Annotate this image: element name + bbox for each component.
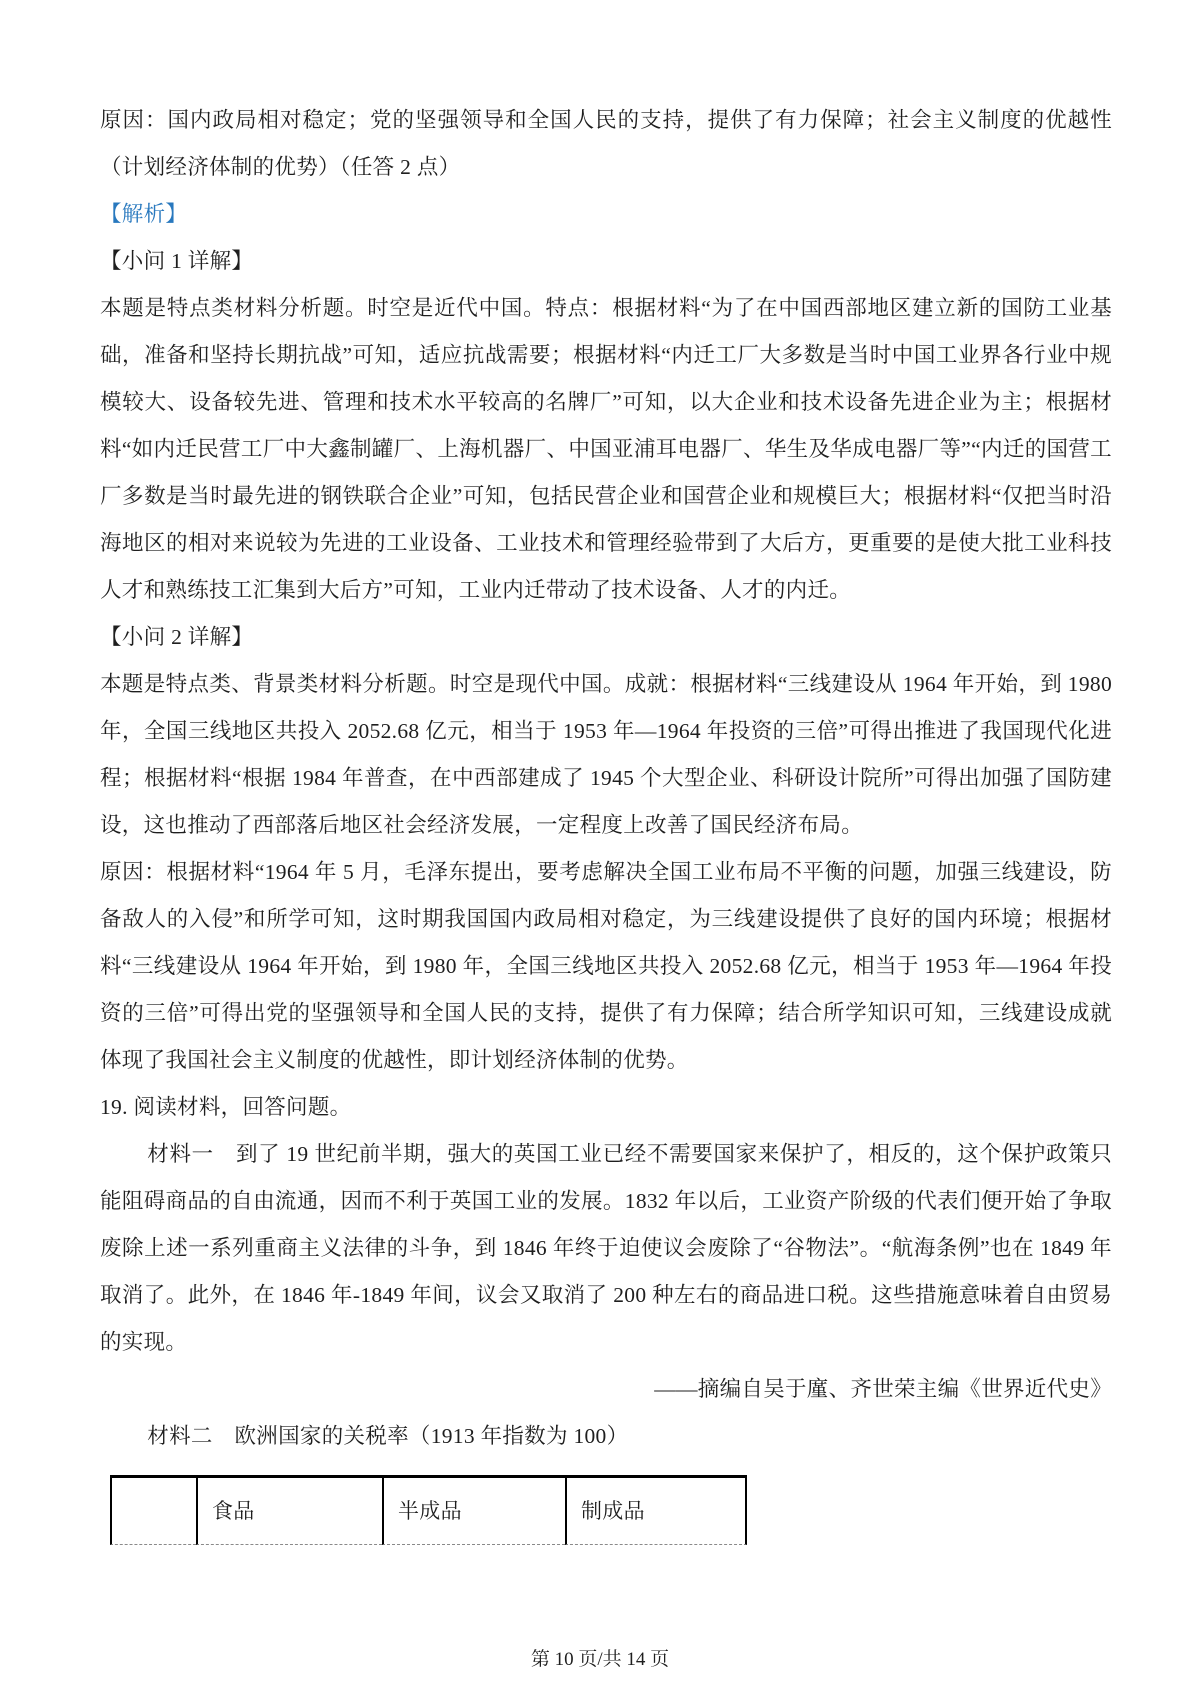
page-number: 第 10 页/共 14 页	[0, 1644, 1200, 1671]
table-cell-finished-header: 制成品	[565, 1475, 747, 1545]
table-cell-semifinished-header: 半成品	[382, 1475, 565, 1545]
question19-intro: 19. 阅读材料，回答问题。	[100, 1084, 1112, 1131]
content-area: 原因：国内政局相对稳定；党的坚强领导和全国人民的支持，提供了有力保障；社会主义制…	[100, 97, 1112, 1545]
table-cell-row-label-empty	[110, 1475, 196, 1545]
analysis-heading: 【解析】	[100, 191, 1112, 238]
subquestion1-heading: 【小问 1 详解】	[100, 238, 1112, 285]
material1-paragraph: 材料一 到了 19 世纪前半期，强大的英国工业已经不需要国家来保护了，相反的，这…	[100, 1131, 1112, 1366]
subquestion1-body: 本题是特点类材料分析题。时空是近代中国。特点：根据材料“为了在中国西部地区建立新…	[100, 285, 1112, 614]
table-cell-food-header: 食品	[196, 1475, 382, 1545]
tariff-rate-table: 食品 半成品 制成品	[110, 1475, 747, 1545]
subquestion2-achievement-body: 本题是特点类、背景类材料分析题。时空是现代中国。成就：根据材料“三线建设从 19…	[100, 661, 1112, 849]
material1-source-attribution: ——摘编自吴于廑、齐世荣主编《世界近代史》	[100, 1366, 1112, 1413]
subquestion2-heading: 【小问 2 详解】	[100, 614, 1112, 661]
document-page: 原因：国内政局相对稳定；党的坚强领导和全国人民的支持，提供了有力保障；社会主义制…	[0, 0, 1200, 1698]
table-header-row: 食品 半成品 制成品	[110, 1475, 747, 1545]
subquestion2-reason-body: 原因：根据材料“1964 年 5 月，毛泽东提出，要考虑解决全国工业布局不平衡的…	[100, 849, 1112, 1084]
answer-reason-paragraph: 原因：国内政局相对稳定；党的坚强领导和全国人民的支持，提供了有力保障；社会主义制…	[100, 97, 1112, 191]
material2-caption: 材料二 欧洲国家的关税率（1913 年指数为 100）	[100, 1413, 1112, 1460]
